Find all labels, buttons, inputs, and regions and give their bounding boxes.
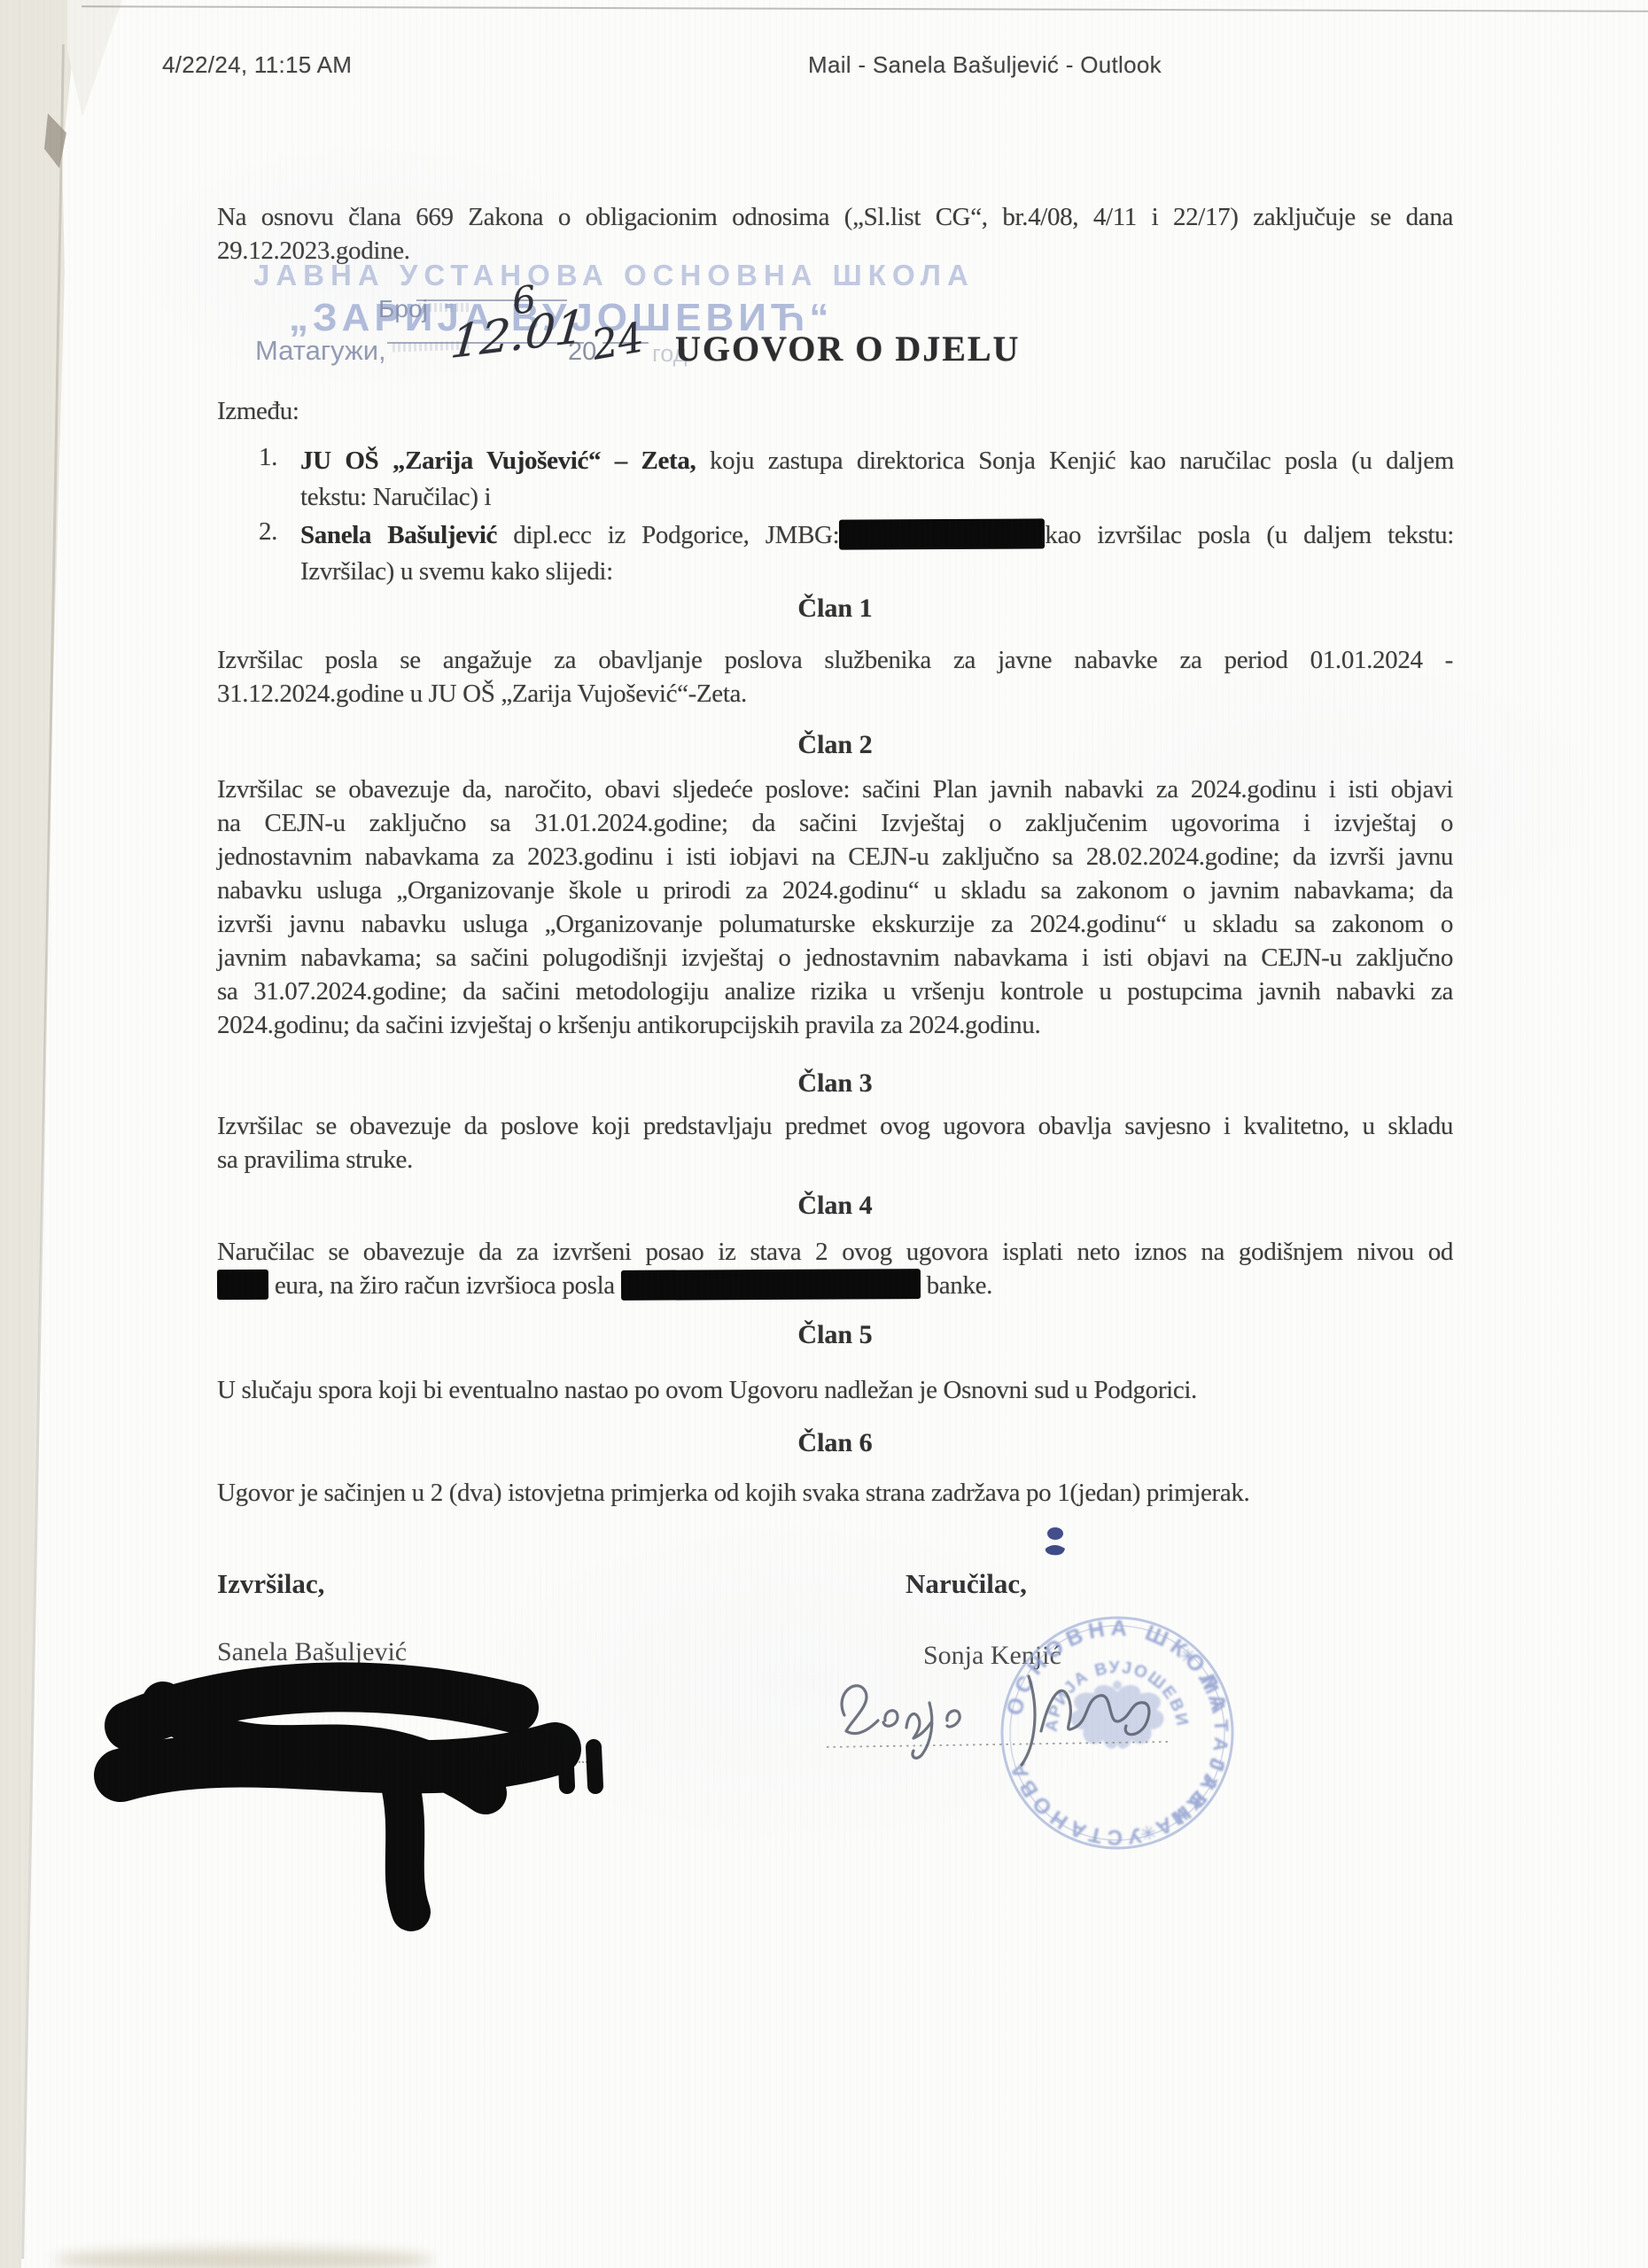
text-line: 31.12.2024.godine u JU OŠ „Zarija Vujoše… [217, 677, 1453, 711]
text-line: nabavku usluga „Organizovanje škole u pr… [217, 874, 1453, 907]
party-number: 1. [259, 443, 277, 472]
blue-ink-mark [1042, 1526, 1077, 1565]
text-line: U slučaju spora koji bi eventualno nasta… [217, 1373, 1453, 1407]
stamp-number-label: Број [378, 295, 428, 323]
text-line: tekstu: Naručilac) i [300, 479, 1454, 516]
article-body-5: U slučaju spora koji bi eventualno nasta… [217, 1373, 1453, 1407]
text-line: javnim nabavkama; sa sačini polugodišnji… [217, 941, 1453, 975]
text-line: JU OŠ „Zarija Vujošević“ – Zeta, koju za… [300, 443, 1454, 479]
text-line: izvrši javnu nabavku usluga „Organizovan… [217, 907, 1453, 941]
text-line: Izvršilac se obavezuje da poslove koji p… [217, 1109, 1453, 1143]
document-title: UGOVOR O DJELU [675, 328, 1020, 369]
between-label: Između: [217, 397, 299, 426]
text-line: sa pravilima struke. [217, 1143, 1453, 1177]
party-item-2: 2. Sanela Bašuljević dipl.ecc iz Podgori… [300, 517, 1454, 590]
article-heading-5: Član 5 [217, 1320, 1453, 1350]
signature-role-right: Naručilac, [906, 1568, 1027, 1600]
text-line: Izvršilac) u svemu kako slijedi: [300, 554, 1454, 590]
text-line: Sanela Bašuljević dipl.ecc iz Podgorice,… [300, 517, 1454, 554]
article-body-3: Izvršilac se obavezuje da poslove koji p… [217, 1109, 1453, 1177]
text-line: Na osnovu člana 669 Zakona o obligacioni… [217, 200, 1453, 234]
intro-paragraph: Na osnovu člana 669 Zakona o obligacioni… [217, 200, 1453, 268]
redaction-box [217, 1270, 268, 1300]
signature-role-left: Izvršilac, [217, 1568, 324, 1600]
article-body-1: Izvršilac posla se angažuje za obavljanj… [217, 643, 1453, 711]
handwritten-signature-right [820, 1646, 1201, 1779]
scanned-contract-page: 4/22/24, 11:15 AM Mail - Sanela Bašuljev… [0, 0, 1648, 2268]
article-body-6: Ugovor je sačinjen u 2 (dva) istovjetna … [217, 1476, 1453, 1510]
stamp-place-label: Матагужи, [255, 335, 386, 367]
article-heading-4: Član 4 [217, 1191, 1453, 1221]
text-line: 2024.godinu; da sačini izvještaj o kršen… [217, 1008, 1453, 1042]
article-heading-1: Član 1 [217, 594, 1453, 624]
handwritten-year: 24 [588, 313, 648, 369]
article-heading-2: Član 2 [217, 730, 1453, 760]
article-body-4: Naručilac se obavezuje da za izvršeni po… [217, 1235, 1453, 1302]
text-line: Izvršilac se obavezuje da, naročito, oba… [217, 773, 1453, 806]
party-number: 2. [259, 517, 277, 547]
text-line: Naručilac se obavezuje da za izvršeni po… [217, 1235, 1453, 1269]
text-line: Izvršilac posla se angažuje za obavljanj… [217, 643, 1453, 677]
redaction-box [621, 1269, 921, 1301]
signature-redaction-scribble [105, 1644, 636, 1937]
article-heading-3: Član 3 [217, 1068, 1453, 1099]
text-line: 29.12.2023.godine. [217, 234, 1453, 268]
text-line: sa 31.07.2024.godine; da sačini metodolo… [217, 975, 1453, 1008]
text-line: Ugovor je sačinjen u 2 (dva) istovjetna … [217, 1476, 1453, 1510]
text-line: eura, na žiro račun izvršioca posla bank… [217, 1269, 1453, 1302]
print-timestamp: 4/22/24, 11:15 AM [162, 51, 352, 79]
redaction-box [839, 518, 1045, 549]
text-line: jednostavnim nabavkama za 2023.godinu i … [217, 840, 1453, 874]
print-page-title: Mail - Sanela Bašuljević - Outlook [808, 51, 1162, 79]
party-item-1: 1. JU OŠ „Zarija Vujošević“ – Zeta, koju… [300, 443, 1454, 516]
article-heading-6: Član 6 [217, 1428, 1453, 1458]
scan-bottom-shadow [53, 2249, 434, 2268]
scan-top-edge [82, 5, 1648, 12]
article-body-2: Izvršilac se obavezuje da, naročito, oba… [217, 773, 1453, 1042]
text-line: na CEJN-u zaključno sa 31.01.2024.godine… [217, 806, 1453, 840]
